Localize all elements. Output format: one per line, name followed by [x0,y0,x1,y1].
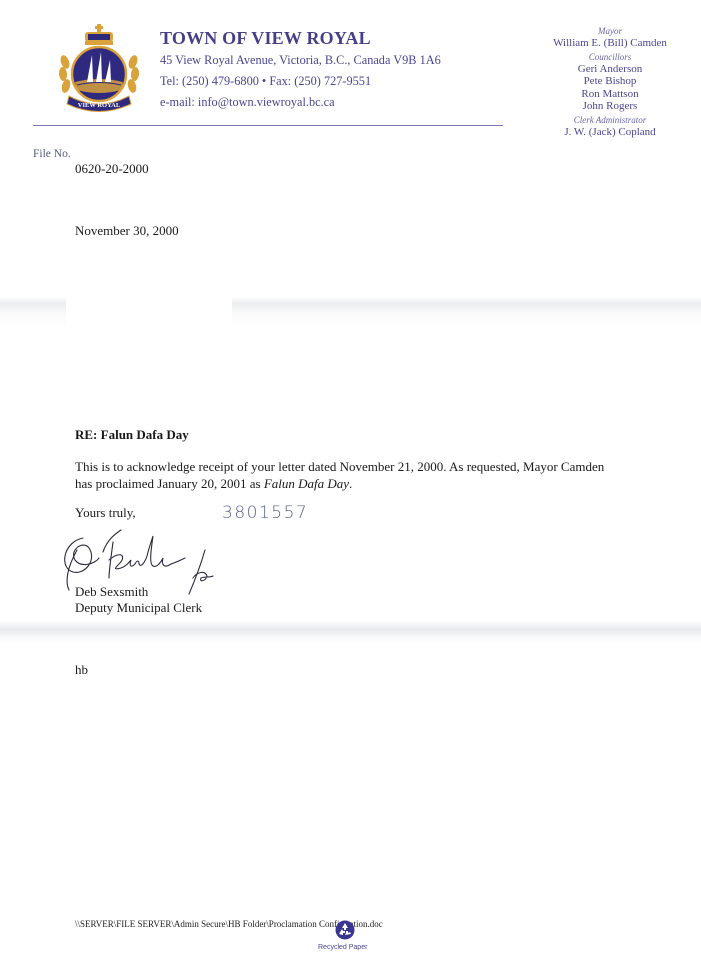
letter-date: November 30, 2000 [75,223,179,239]
councillor-name: John Rogers [530,100,690,113]
proclamation-name: Falun Dafa Day [264,476,349,491]
clerk-name: J. W. (Jack) Copland [530,126,690,139]
scan-fold-lower [0,620,701,644]
council-list: Mayor William E. (Bill) Camden Councillo… [530,26,690,138]
signer-title: Deputy Municipal Clerk [75,600,202,616]
organization-name: TOWN OF VIEW ROYAL [160,28,371,49]
typist-initials: hb [75,662,88,678]
file-number-label: File No. [33,148,71,160]
letter-body: This is to acknowledge receipt of your l… [75,458,605,492]
clerk-label: Clerk Administrator [530,115,690,126]
file-number: 0620-20-2000 [75,161,149,177]
letter-subject: RE: Falun Dafa Day [75,427,189,443]
councillor-name: Pete Bishop [530,75,690,88]
councillor-name: Ron Mattson [530,88,690,101]
recycled-paper-label: Recycled Paper [318,944,367,951]
scan-fold-gap [66,290,232,330]
signer-name: Deb Sexsmith [75,584,148,600]
organization-email: e-mail: info@town.viewroyal.bc.ca [160,95,335,110]
councillor-name: Geri Anderson [530,63,690,76]
town-crest-logo-icon: VIEW ROYAL [55,22,143,112]
mayor-label: Mayor [530,26,690,37]
recycle-icon [335,920,355,940]
header-divider [33,125,503,126]
svg-text:VIEW ROYAL: VIEW ROYAL [78,102,121,109]
organization-phone-fax: Tel: (250) 479-6800 • Fax: (250) 727-955… [160,74,371,89]
councillors-label: Councillors [530,52,690,63]
letter-closing: Yours truly, [75,505,136,521]
mayor-name: William E. (Bill) Camden [530,37,690,50]
organization-address: 45 View Royal Avenue, Victoria, B.C., Ca… [160,53,441,68]
